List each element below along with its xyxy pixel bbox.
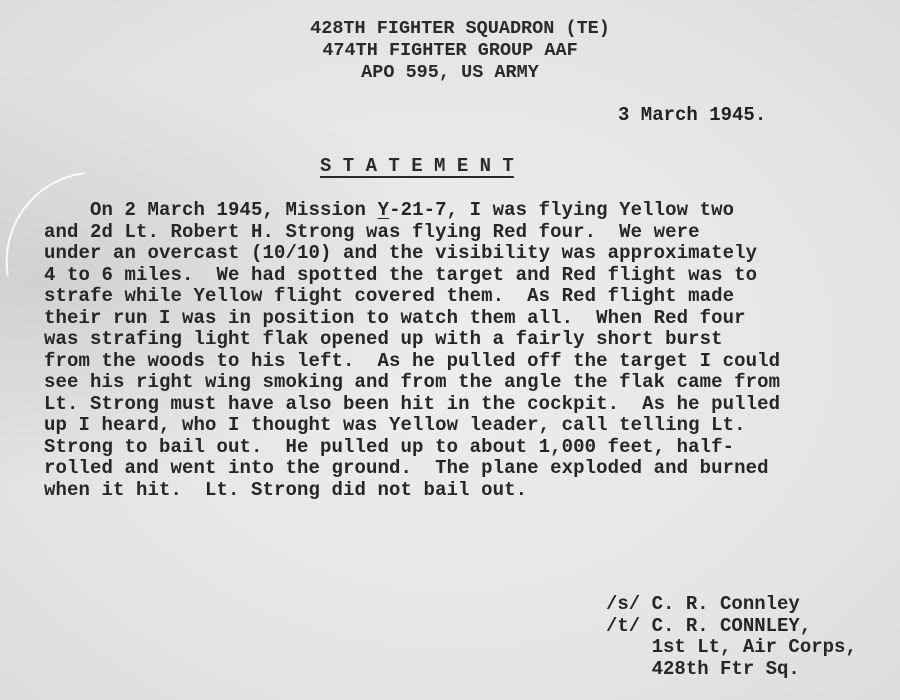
body-line: up I heard, who I thought was Yellow lea… — [44, 415, 900, 437]
body-line: Strong to bail out. He pulled up to abou… — [44, 437, 900, 459]
body-line: was strafing light flak opened up with a… — [44, 329, 900, 351]
signature-rank: 1st Lt, Air Corps, — [606, 637, 857, 659]
body-line: 4 to 6 miles. We had spotted the target … — [44, 265, 900, 287]
document-date: 3 March 1945. — [618, 104, 766, 126]
statement-body: On 2 March 1945, Mission Y-21-7, I was f… — [44, 200, 900, 501]
mission-id-underlined: Y — [378, 199, 390, 221]
body-line: under an overcast (10/10) and the visibi… — [44, 243, 900, 265]
body-line: strafe while Yellow flight covered them.… — [44, 286, 900, 308]
body-line: Lt. Strong must have also been hit in th… — [44, 394, 900, 416]
body-line: and 2d Lt. Robert H. Strong was flying R… — [44, 222, 900, 244]
document-page: 428TH FIGHTER SQUADRON (TE) 474TH FIGHTE… — [0, 0, 900, 700]
body-line: rolled and went into the ground. The pla… — [44, 458, 900, 480]
header-squadron: 428TH FIGHTER SQUADRON (TE) — [0, 18, 900, 40]
header-group: 474TH FIGHTER GROUP AAF — [0, 40, 900, 62]
signature-typed: /t/ C. R. CONNLEY, — [606, 616, 857, 638]
body-line-prefix: On 2 March 1945, Mission — [44, 199, 378, 221]
signature-unit: 428th Ftr Sq. — [606, 659, 857, 681]
body-line: from the woods to his left. As he pulled… — [44, 351, 900, 373]
document-title: S T A T E M E N T — [320, 155, 514, 177]
body-line: when it hit. Lt. Strong did not bail out… — [44, 480, 900, 502]
signature-signed: /s/ C. R. Connley — [606, 594, 857, 616]
body-line: On 2 March 1945, Mission Y-21-7, I was f… — [44, 200, 900, 222]
body-line: see his right wing smoking and from the … — [44, 372, 900, 394]
body-line: their run I was in position to watch the… — [44, 308, 900, 330]
signature-block: /s/ C. R. Connley /t/ C. R. CONNLEY, 1st… — [606, 594, 857, 680]
body-line-suffix: -21-7, I was flying Yellow two — [389, 199, 734, 221]
header-apo: APO 595, US ARMY — [0, 62, 900, 84]
